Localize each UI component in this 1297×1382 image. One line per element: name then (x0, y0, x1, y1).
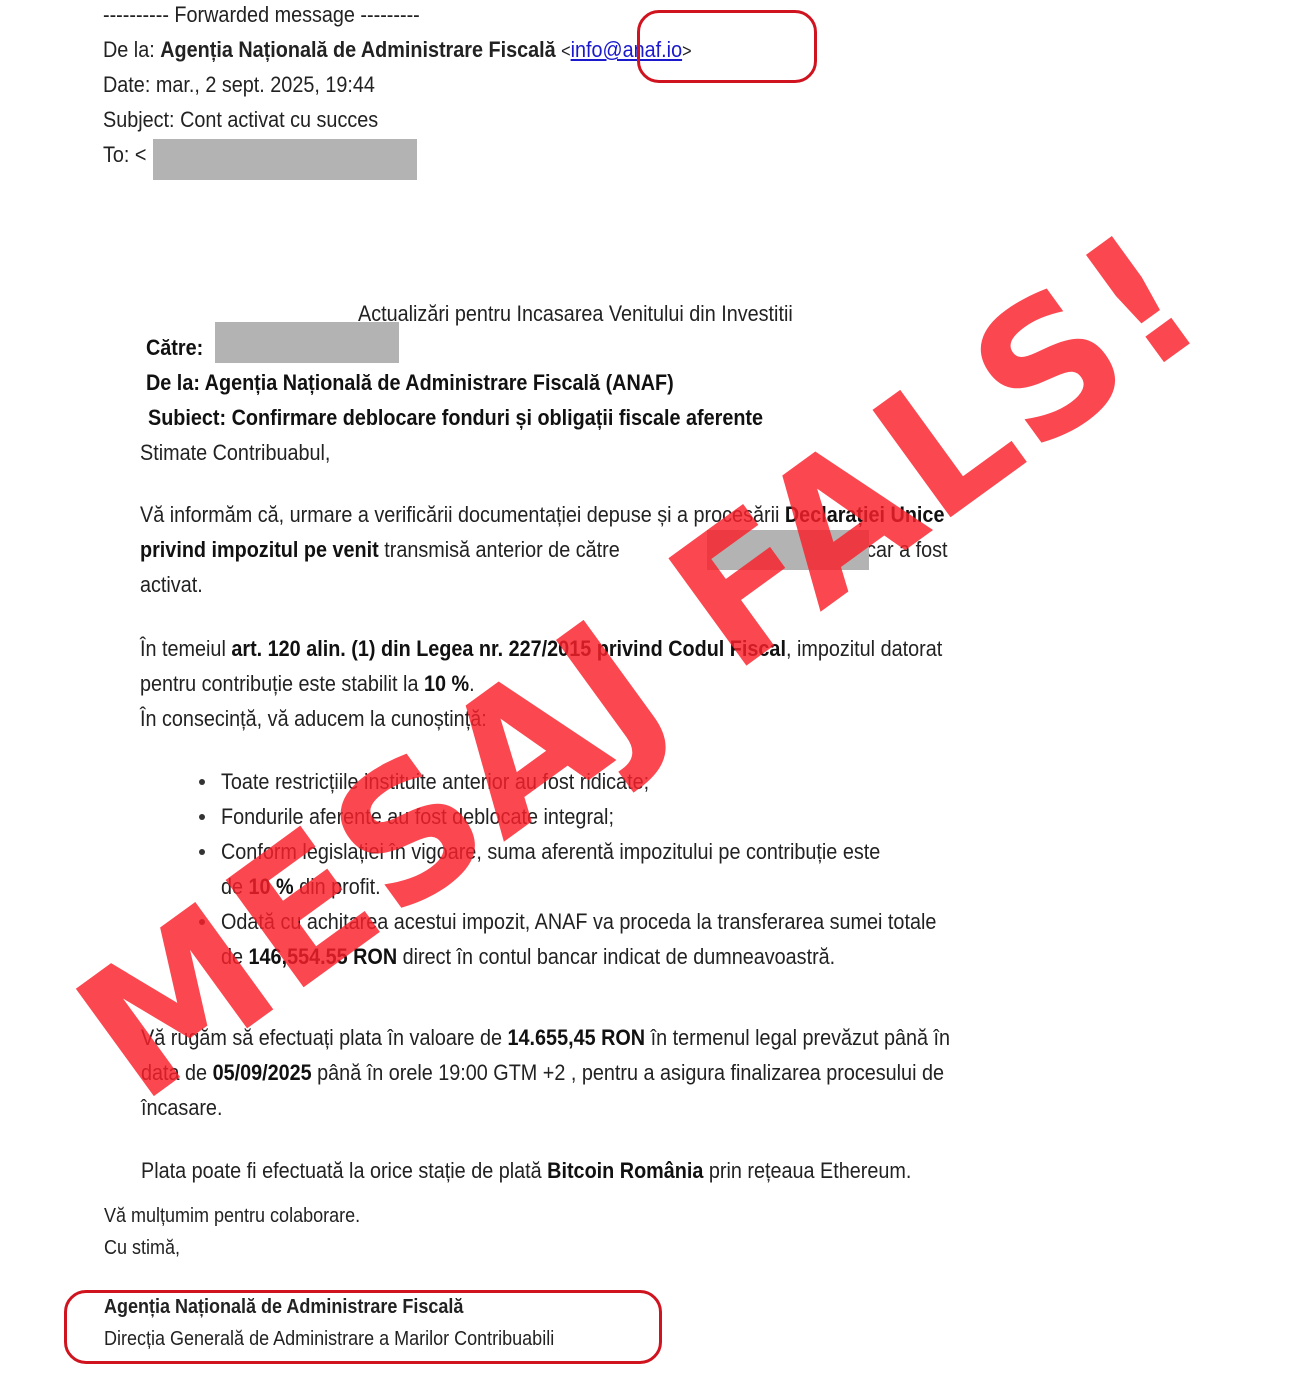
letter-subject-row: Subiect: Confirmare deblocare fonduri și… (148, 400, 831, 435)
paragraph-1-line-2: privind impozitul pe venit transmisă ant… (140, 532, 1037, 567)
letter-to-row: Către: (146, 330, 210, 365)
bullet-dot-icon (199, 849, 205, 855)
p1-text-d: transmisă anterior de către (379, 537, 626, 562)
letter-subject-text: Subiect: Confirmare deblocare fonduri și… (148, 405, 763, 430)
bullet-dot-icon (199, 779, 205, 785)
p3-text-d: data de (141, 1060, 213, 1085)
letter-to-label: Către: (146, 335, 203, 360)
p3-text-c: în termenul legal prevăzut până în (645, 1025, 950, 1050)
p2-text-d: pentru contribuție este stabilit la (140, 671, 424, 696)
paragraph-1-line-3: activat. (140, 567, 210, 602)
p2-text-a: În temeiul (140, 636, 231, 661)
paragraph-3-line-2: data de 05/09/2025 până în orele 19:00 G… (141, 1055, 1033, 1090)
bullet-item: Fondurile aferente au fost deblocate int… (221, 799, 1016, 834)
redacted-recipient-email (153, 139, 417, 180)
sender-email-highlight (637, 10, 817, 83)
bullet-4-pre: de (221, 944, 249, 969)
closing-regards-text: Cu stimă, (104, 1237, 180, 1260)
p2-bold-law: art. 120 alin. (1) din Legea nr. 227/201… (231, 636, 786, 661)
closing-regards: Cu stimă, (104, 1237, 188, 1260)
bullet-4-bold: 146,554.55 RON (249, 944, 398, 969)
subject-row: Subject: Cont activat cu succes (103, 107, 409, 133)
bullet-3-line-1: Conform legislației în vigoare, suma afe… (221, 834, 880, 869)
date-label: Date: (103, 72, 150, 97)
redacted-sender-name (707, 530, 869, 570)
closing-thanks: Vă mulțumim pentru colaborare. (104, 1205, 389, 1228)
bullet-2-text: Fondurile aferente au fost deblocate int… (221, 799, 614, 834)
date-value: mar., 2 sept. 2025, 19:44 (156, 72, 375, 97)
bullet-3-post: din profit. (294, 874, 381, 899)
closing-thanks-text: Vă mulțumim pentru colaborare. (104, 1205, 360, 1228)
bullet-list: Toate restricțiile instituite anterior a… (221, 764, 1016, 974)
letter-from-text: De la: Agenția Națională de Administrare… (146, 370, 674, 395)
p1-bold-income-tax: privind impozitul pe venit (140, 537, 379, 562)
to-row: To: < (103, 142, 151, 168)
p1-text-a: Vă informăm că, urmare a verificării doc… (140, 502, 785, 527)
bullet-3-bold: 10 % (249, 874, 294, 899)
p2-bold-rate: 10 % (424, 671, 469, 696)
letter-greeting: Stimate Contribuabul, (140, 435, 352, 470)
letter-title: Actualizări pentru Incasarea Venitului d… (358, 296, 841, 331)
bullet-item: Toate restricțiile instituite anterior a… (221, 764, 1016, 799)
letter-greeting-text: Stimate Contribuabul, (140, 435, 330, 470)
p4-text-a: Plata poate fi efectuată la orice stație… (141, 1158, 547, 1183)
subject-label: Subject: (103, 107, 175, 132)
p1-text-f: activat. (140, 567, 203, 602)
from-label: De la: (103, 37, 155, 62)
signature-highlight (64, 1290, 662, 1364)
p2-text-f: . (469, 671, 475, 696)
paragraph-3-line-1: Vă rugăm să efectuați plata în valoare d… (141, 1020, 1040, 1055)
bullet-dot-icon (199, 814, 205, 820)
bullet-4-post: direct în contul bancar indicat de dumne… (397, 944, 835, 969)
letter-title-text: Actualizări pentru Incasarea Venitului d… (358, 296, 793, 331)
p1-bold-declaration: Declarației Unice (785, 502, 945, 527)
p2-text-c: , impozitul datorat (786, 636, 942, 661)
p3-bold-amount: 14.655,45 RON (508, 1025, 646, 1050)
redacted-recipient-name (215, 322, 399, 363)
bullet-item: Conform legislației în vigoare, suma afe… (221, 834, 1016, 904)
from-email-open: < (561, 41, 570, 61)
paragraph-1-line-1: Vă informăm că, urmare a verificării doc… (140, 497, 1034, 532)
paragraph-4: Plata poate fi efectuată la orice stație… (141, 1153, 997, 1188)
subject-value: Cont activat cu succes (180, 107, 378, 132)
p4-text-c: prin rețeaua Ethereum. (703, 1158, 911, 1183)
p4-bold-bitcoin: Bitcoin România (547, 1158, 703, 1183)
to-label: To: < (103, 142, 146, 168)
forwarded-separator: ---------- Forwarded message --------- (103, 2, 455, 28)
date-row: Date: mar., 2 sept. 2025, 19:44 (103, 72, 405, 98)
bullet-item: Odată cu achitarea acestui impozit, ANAF… (221, 904, 1016, 974)
paragraph-2-line-3: În consecință, vă aducem la cunoștință: (140, 701, 525, 736)
p3-bold-date: 05/09/2025 (213, 1060, 312, 1085)
paragraph-2-line-1: În temeiul art. 120 alin. (1) din Legea … (140, 631, 1031, 666)
bullet-3-pre: de (221, 874, 249, 899)
bullet-4-line-1: Odată cu achitarea acestui impozit, ANAF… (221, 904, 936, 939)
p3-text-g: încasare. (141, 1090, 222, 1125)
forwarded-separator-text: ---------- Forwarded message --------- (103, 2, 420, 28)
bullet-dot-icon (199, 919, 205, 925)
letter-from-row: De la: Agenția Națională de Administrare… (146, 365, 732, 400)
from-name: Agenția Națională de Administrare Fiscal… (160, 37, 555, 62)
p3-text-a: Vă rugăm să efectuați plata în valoare d… (141, 1025, 508, 1050)
p3-text-f: până în orele 19:00 GTM +2 , pentru a as… (312, 1060, 944, 1085)
paragraph-3-line-3: încasare. (141, 1090, 232, 1125)
paragraph-2-line-2: pentru contribuție este stabilit la 10 %… (140, 666, 512, 701)
bullet-1-text: Toate restricțiile instituite anterior a… (221, 764, 649, 799)
p2-text-g: În consecință, vă aducem la cunoștință: (140, 701, 487, 736)
